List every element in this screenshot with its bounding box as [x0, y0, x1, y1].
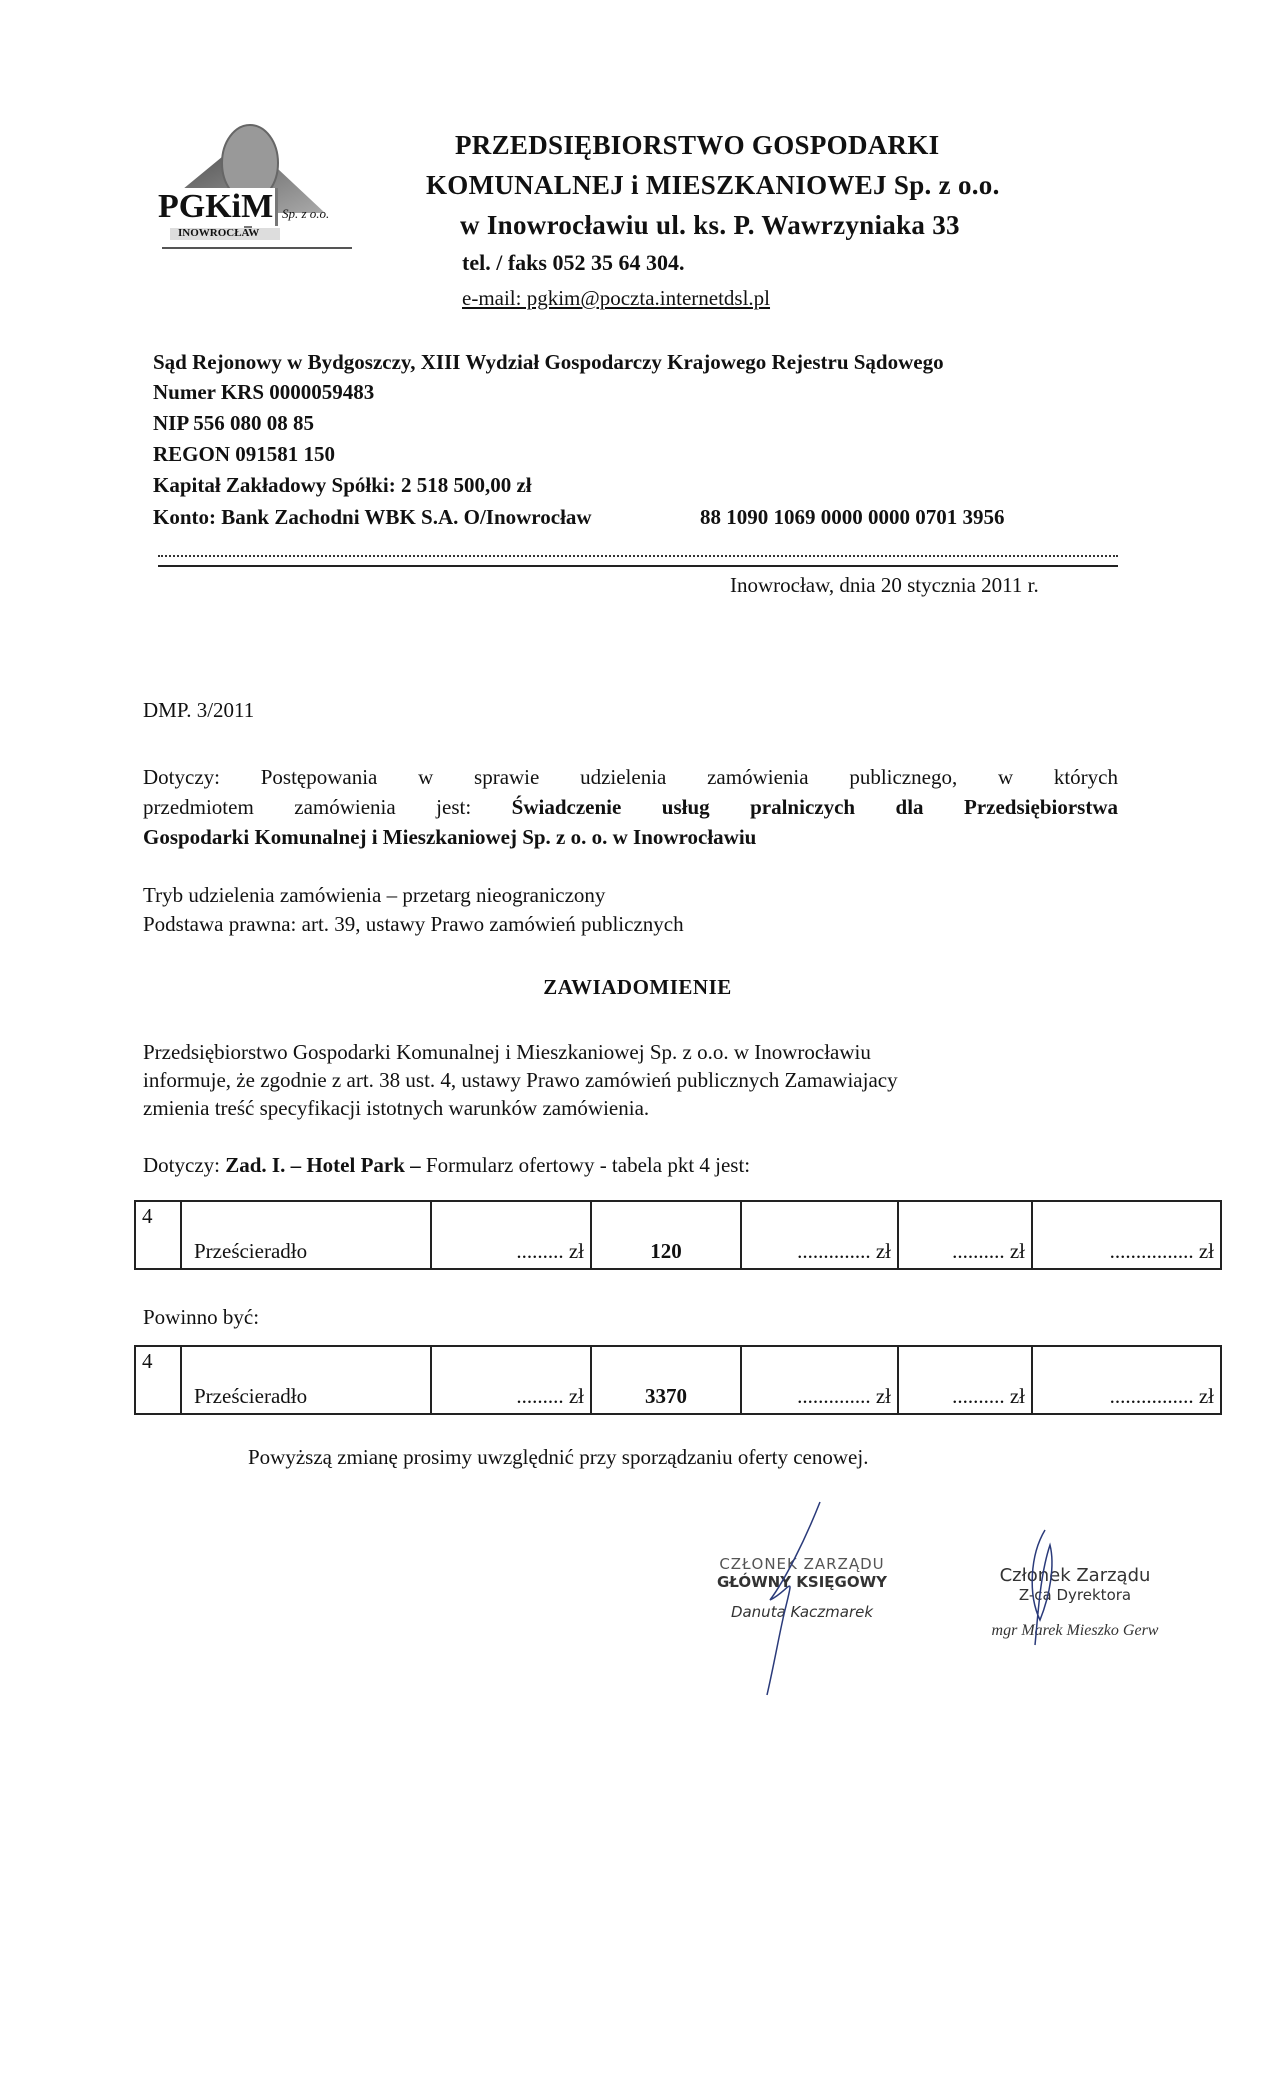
document-title: ZAWIADOMIENIE	[0, 975, 1275, 1000]
cell-position: 4	[135, 1201, 181, 1269]
cell-vat: .......... zł	[898, 1201, 1032, 1269]
notice-line1: Przedsiębiorstwo Gospodarki Komunalnej i…	[143, 1040, 871, 1065]
notice-line3: zmienia treść specyfikacji istotnych war…	[143, 1096, 649, 1121]
company-email[interactable]: e-mail: pgkim@poczta.internetdsl.pl	[462, 286, 770, 311]
should-be-label: Powinno być:	[143, 1305, 259, 1330]
cell-item: Prześcieradło	[181, 1346, 431, 1414]
subject-line3: Gospodarki Komunalnej i Mieszkaniowej Sp…	[143, 825, 756, 850]
handwritten-signature-icon	[1010, 1525, 1090, 1655]
cell-gross-value: ................ zł	[1032, 1201, 1221, 1269]
table-current: 4 Prześcieradło ......... zł 120 .......…	[134, 1200, 1222, 1270]
table-corrected: 4 Prześcieradło ......... zł 3370 ......…	[134, 1345, 1222, 1415]
cell-position: 4	[135, 1346, 181, 1414]
cell-item: Prześcieradło	[181, 1201, 431, 1269]
regon-number: REGON 091581 150	[153, 442, 335, 467]
company-name-line1: PRZEDSIĘBIORSTWO GOSPODARKI	[455, 130, 939, 161]
cell-quantity: 120	[591, 1201, 741, 1269]
subject-bold: Świadczenie usług pralniczych dla Przeds…	[512, 795, 1118, 819]
handwritten-signature-icon	[745, 1500, 845, 1700]
company-name-line2: KOMUNALNEJ i MIESZKANIOWEJ Sp. z o.o.	[426, 170, 1000, 201]
cell-vat: .......... zł	[898, 1346, 1032, 1414]
logo-text: PGKiM	[156, 188, 278, 226]
table-row: 4 Prześcieradło ......... zł 3370 ......…	[135, 1346, 1221, 1414]
logo-city: INOWROCŁAW	[178, 227, 259, 239]
cell-quantity: 3370	[591, 1346, 741, 1414]
cell-gross-value: ................ zł	[1032, 1346, 1221, 1414]
bank-account-number: 88 1090 1069 0000 0000 0701 3956	[700, 505, 1005, 530]
procedure-mode: Tryb udzielenia zamówienia – przetarg ni…	[143, 883, 605, 908]
reference-number: DMP. 3/2011	[143, 698, 254, 723]
logo-divider	[162, 247, 352, 249]
subject-prefix: przedmiotem zamówienia jest:	[143, 795, 512, 819]
subject-line1: Dotyczy: Postępowania w sprawie udzielen…	[143, 765, 1118, 790]
table-row: 4 Prześcieradło ......... zł 120 .......…	[135, 1201, 1221, 1269]
court-registry: Sąd Rejonowy w Bydgoszczy, XIII Wydział …	[153, 350, 944, 375]
concerns-line: Dotyczy: Zad. I. – Hotel Park – Formular…	[143, 1153, 750, 1178]
bank-account-label: Konto: Bank Zachodni WBK S.A. O/Inowrocł…	[153, 505, 592, 530]
cell-net-value: .............. zł	[741, 1201, 898, 1269]
header-divider	[158, 555, 1118, 567]
company-address: w Inowrocławiu ul. ks. P. Wawrzyniaka 33	[460, 210, 960, 241]
concerns-bold: Zad. I. – Hotel Park –	[225, 1153, 420, 1177]
cell-unit-price: ......... zł	[431, 1201, 591, 1269]
cell-net-value: .............. zł	[741, 1346, 898, 1414]
concerns-suffix: Formularz ofertowy - tabela pkt 4 jest:	[421, 1153, 751, 1177]
share-capital: Kapitał Zakładowy Spółki: 2 518 500,00 z…	[153, 473, 532, 498]
closing-request: Powyższą zmianę prosimy uwzględnić przy …	[248, 1445, 868, 1470]
date-line: Inowrocław, dnia 20 stycznia 2011 r.	[730, 573, 1039, 598]
logo-suffix: Sp. z o.o.	[282, 206, 329, 222]
company-phone: tel. / faks 052 35 64 304.	[462, 250, 684, 276]
nip-number: NIP 556 080 08 85	[153, 411, 314, 436]
subject-line2: przedmiotem zamówienia jest: Świadczenie…	[143, 795, 1118, 820]
notice-line2: informuje, że zgodnie z art. 38 ust. 4, …	[143, 1068, 898, 1093]
company-logo: PGKiM Sp. z o.o. INOWROCŁAW	[150, 118, 350, 253]
cell-unit-price: ......... zł	[431, 1346, 591, 1414]
concerns-prefix: Dotyczy:	[143, 1153, 225, 1177]
krs-number: Numer KRS 0000059483	[153, 380, 374, 405]
legal-basis: Podstawa prawna: art. 39, ustawy Prawo z…	[143, 912, 684, 937]
